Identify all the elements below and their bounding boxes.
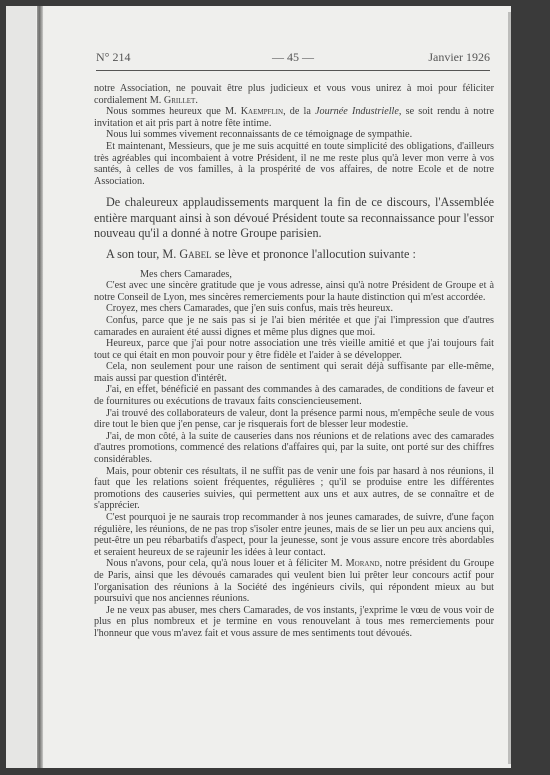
- page-edge: [508, 12, 511, 764]
- paragraph: Et maintenant, Messieurs, que je me suis…: [94, 141, 494, 187]
- page-body: N° 214 — 45 — Janvier 1926 notre Associa…: [44, 6, 511, 768]
- paragraph: J'ai, de mon côté, à la suite de causeri…: [94, 431, 494, 466]
- paragraph: Heureux, parce que j'ai pour notre assoc…: [94, 338, 494, 361]
- paragraph: A son tour, M. Gabel se lève et prononce…: [94, 247, 494, 262]
- speech-conclusion: notre Association, ne pouvait être plus …: [94, 83, 494, 187]
- paragraph: Nous lui sommes vivement reconnaissants …: [94, 129, 494, 141]
- person-name: Grillet: [164, 95, 195, 106]
- scan-background: N° 214 — 45 — Janvier 1926 notre Associa…: [0, 0, 550, 775]
- binding-margin: [6, 6, 36, 768]
- binding-gutter: [37, 6, 43, 768]
- paragraph: Confus, parce que je ne sais pas si je l…: [94, 315, 494, 338]
- issue-date: Janvier 1926: [428, 50, 490, 65]
- paragraph: J'ai trouvé des collaborateurs de valeur…: [94, 408, 494, 431]
- paragraph: notre Association, ne pouvait être plus …: [94, 83, 494, 106]
- header-rule: [96, 70, 490, 71]
- paragraph: Nous n'avons, pour cela, qu'à nous louer…: [94, 558, 494, 604]
- paragraph: Croyez, mes chers Camarades, que j'en su…: [94, 303, 494, 315]
- paragraph: Nous sommes heureux que M. Kaempflin, de…: [94, 106, 494, 129]
- gabel-speech: Mes chers Camarades, C'est avec une sinc…: [94, 269, 494, 640]
- person-name: Kaempflin: [241, 106, 283, 117]
- paragraph: De chaleureux applaudissements marquent …: [94, 195, 494, 241]
- paragraph: C'est pourquoi je ne saurais trop recomm…: [94, 512, 494, 558]
- paragraph: Je ne veux pas abuser, mes chers Camarad…: [94, 605, 494, 640]
- narration: De chaleureux applaudissements marquent …: [94, 195, 494, 262]
- person-name: Gabel: [179, 247, 211, 261]
- person-name: Morand: [346, 558, 380, 569]
- paragraph: Mais, pour obtenir ces résultats, il ne …: [94, 466, 494, 512]
- document-page: N° 214 — 45 — Janvier 1926 notre Associa…: [6, 6, 511, 768]
- paragraph: C'est avec une sincère gratitude que je …: [94, 280, 494, 303]
- publication-name: Journée Industrielle: [315, 106, 399, 117]
- paragraph: Cela, non seulement pour une raison de s…: [94, 361, 494, 384]
- salutation: Mes chers Camarades,: [94, 269, 494, 281]
- article-body: notre Association, ne pouvait être plus …: [94, 83, 494, 640]
- running-header: N° 214 — 45 — Janvier 1926: [96, 50, 490, 66]
- paragraph: J'ai, en effet, bénéficié en passant des…: [94, 384, 494, 407]
